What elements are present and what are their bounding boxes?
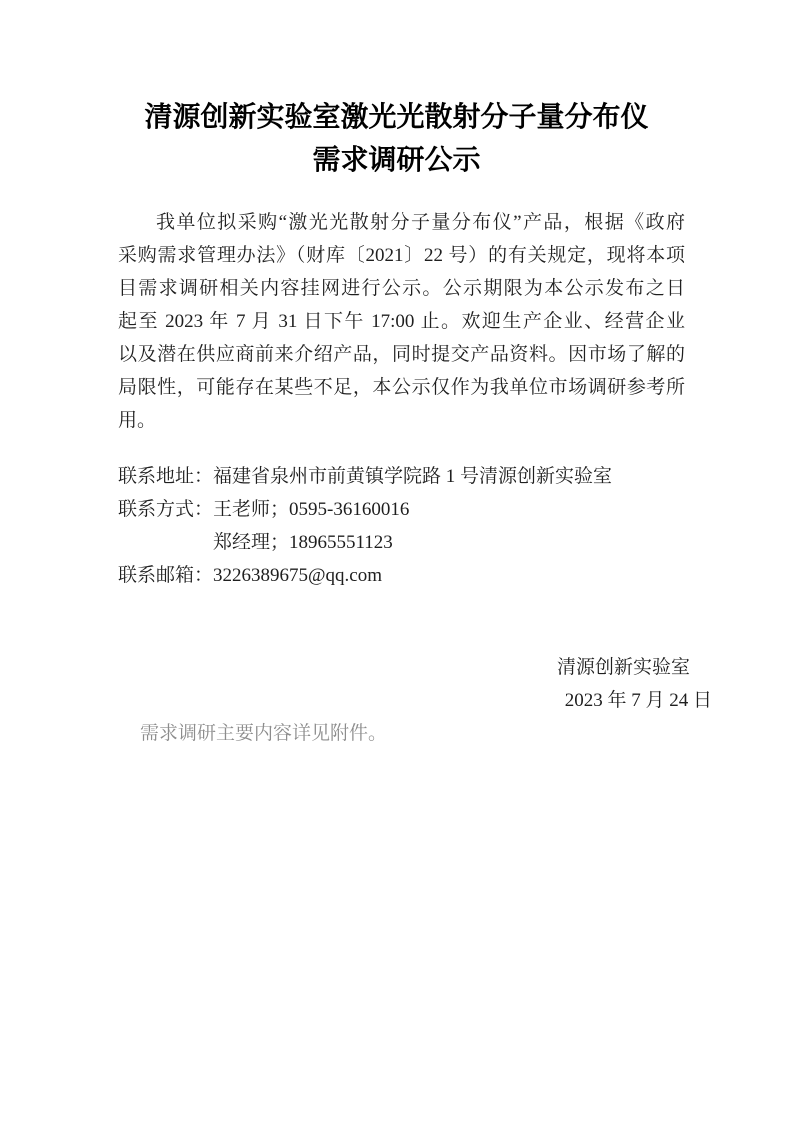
body-line: 起至 2023 年 7 月 31 日下午 17:00 止。欢迎生产企业、经营企业 — [118, 305, 685, 338]
contact-email-value: 3226389675@qq.com — [213, 565, 382, 586]
contact-address-value: 福建省泉州市前黄镇学院路 1 号清源创新实验室 — [213, 466, 612, 487]
body-paragraph: 我单位拟采购“激光光散射分子量分布仪”产品，根据《政府采购需求管理办法》（财库〔… — [118, 206, 685, 437]
contact-address-line: 联系地址：福建省泉州市前黄镇学院路 1 号清源创新实验室 — [118, 460, 718, 493]
title-line-2: 需求调研公示 — [113, 139, 680, 182]
contact-phone-line-1: 联系方式：王老师；0595-36160016 — [118, 493, 718, 526]
body-line: 局限性，可能存在某些不足，本公示仅作为我单位市场调研参考所 — [118, 371, 685, 404]
document-title: 清源创新实验室激光光散射分子量分布仪 需求调研公示 — [113, 96, 680, 182]
body-line: 采购需求管理办法》（财库〔2021〕22 号）的有关规定，现将本项 — [118, 239, 685, 272]
contact-block: 联系地址：福建省泉州市前黄镇学院路 1 号清源创新实验室 联系方式：王老师；05… — [118, 460, 718, 592]
contact-phone-label: 联系方式： — [118, 499, 213, 520]
signature-organization: 清源创新实验室 — [557, 651, 690, 684]
body-line: 用。 — [118, 404, 685, 437]
body-line: 以及潜在供应商前来介绍产品，同时提交产品资料。因市场了解的 — [118, 338, 685, 371]
attachment-note: 需求调研主要内容详见附件。 — [140, 717, 387, 750]
title-line-1: 清源创新实验室激光光散射分子量分布仪 — [113, 96, 680, 139]
body-line: 我单位拟采购“激光光散射分子量分布仪”产品，根据《政府 — [118, 206, 685, 239]
contact-email-line: 联系邮箱：3226389675@qq.com — [118, 559, 718, 592]
contact-address-label: 联系地址： — [118, 466, 213, 487]
body-line: 目需求调研相关内容挂网进行公示。公示期限为本公示发布之日 — [118, 272, 685, 305]
document-page: 清源创新实验室激光光散射分子量分布仪 需求调研公示 我单位拟采购“激光光散射分子… — [0, 0, 793, 1122]
contact-phone-line-2: 郑经理；18965551123 — [118, 526, 718, 559]
contact-phone-person-1: 王老师；0595-36160016 — [213, 499, 409, 520]
contact-email-label: 联系邮箱： — [118, 565, 213, 586]
signature-date: 2023 年 7 月 24 日 — [565, 684, 712, 717]
contact-phone-person-2: 郑经理；18965551123 — [213, 532, 393, 553]
